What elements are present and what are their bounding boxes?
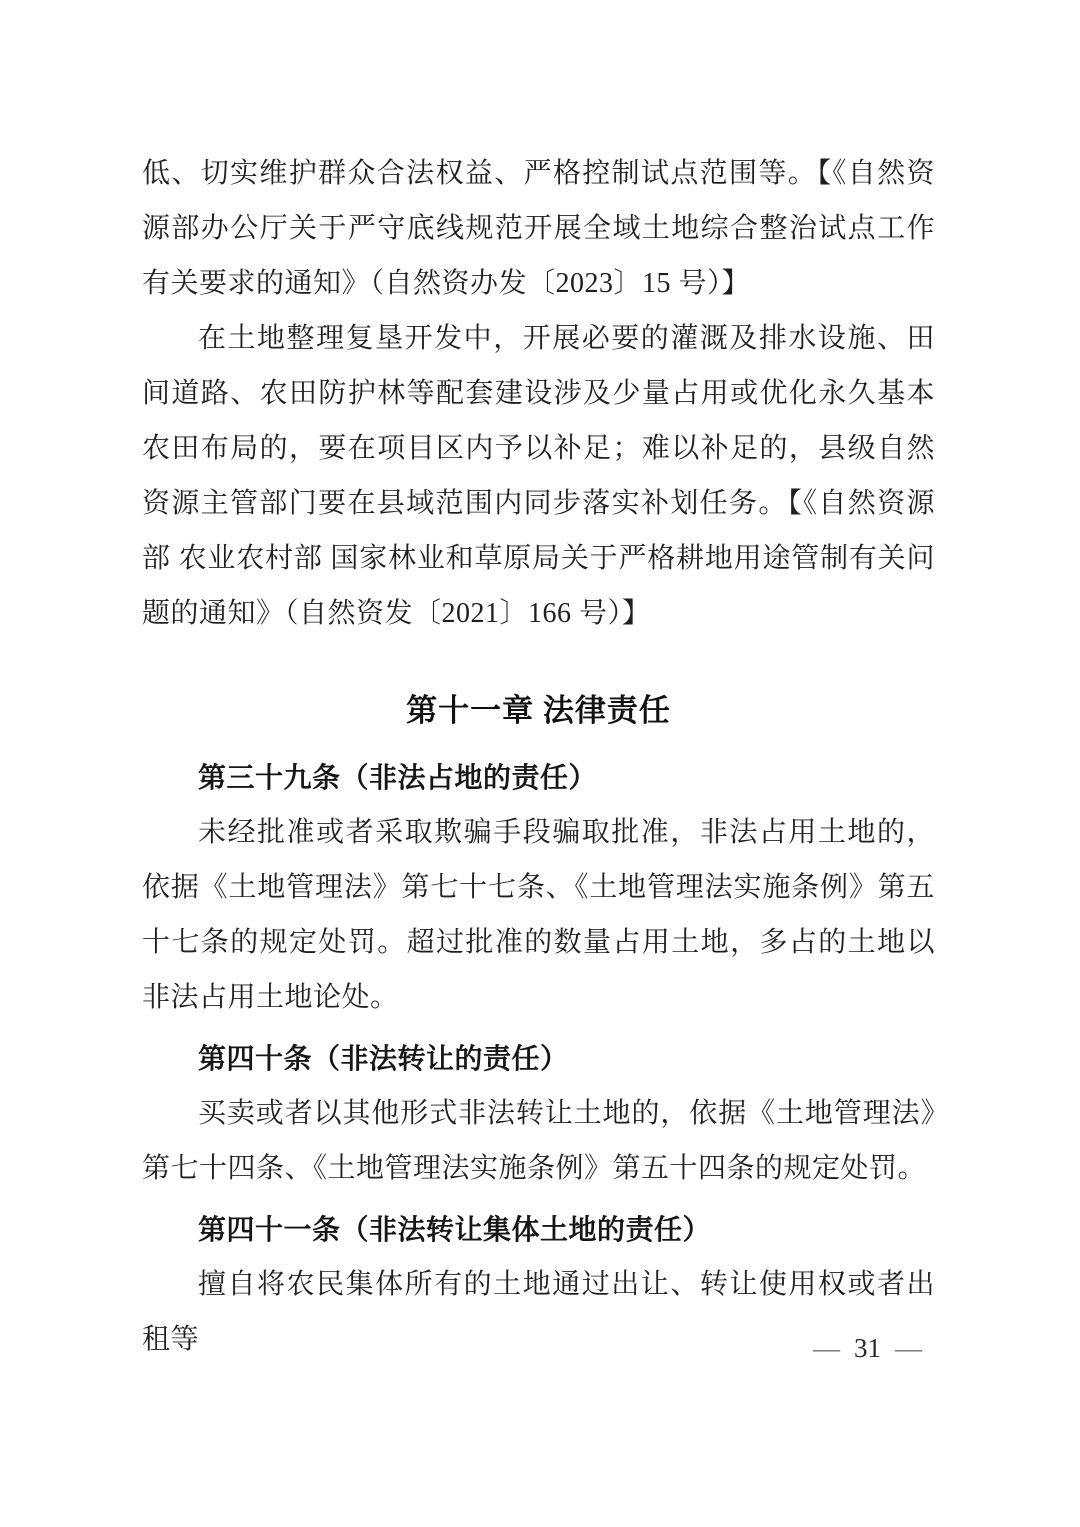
section-heading-article-41: 第四十一条（非法转让集体土地的责任） [142,1202,935,1257]
page-number: 31 [854,1333,881,1363]
page-content: 低、切实维护群众合法权益、严格控制试点范围等。【《自然资源部办公厅关于严守底线规… [142,146,935,1367]
chapter-heading-legal-liability: 第十一章 法律责任 [142,683,935,738]
paragraph-article-39-body: 未经批准或者采取欺骗手段骗取批准，非法占用土地的，依据《土地管理法》第七十七条、… [142,805,935,1025]
footer-left-dash: — [813,1333,840,1363]
section-heading-article-40: 第四十条（非法转让的责任） [142,1031,935,1086]
document-page: 低、切实维护群众合法权益、严格控制试点范围等。【《自然资源部办公厅关于严守底线规… [0,0,1080,1527]
paragraph-land-consolidation: 在土地整理复垦开发中，开展必要的灌溉及排水设施、田间道路、农田防护林等配套建设涉… [142,311,935,641]
paragraph-continuation: 低、切实维护群众合法权益、严格控制试点范围等。【《自然资源部办公厅关于严守底线规… [142,146,935,311]
paragraph-article-40-body: 买卖或者以其他形式非法转让土地的，依据《土地管理法》第七十四条、《土地管理法实施… [142,1086,935,1196]
footer-right-dash: — [895,1333,922,1363]
page-footer: —31— [813,1331,922,1365]
section-heading-article-39: 第三十九条（非法占地的责任） [142,750,935,805]
